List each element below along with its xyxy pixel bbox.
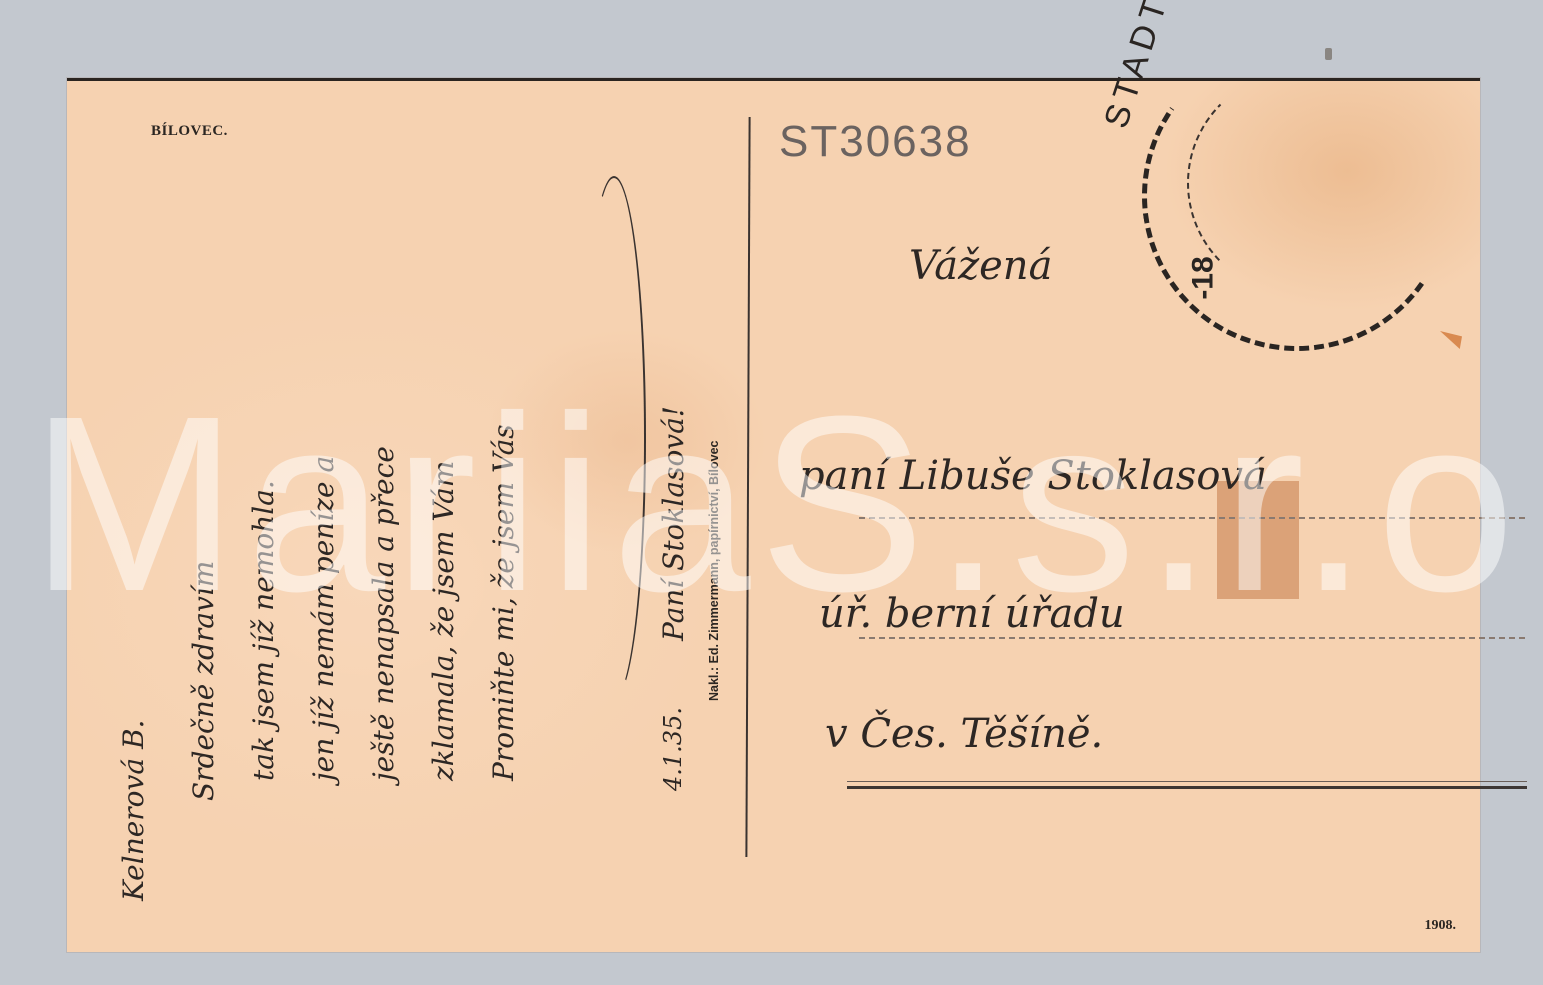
postmark-date: -18 <box>1187 256 1221 299</box>
message-signature: Kelnerová B. <box>117 720 150 901</box>
printed-year: 1908. <box>1425 918 1457 934</box>
address-line-3: v Čes. Těšíně. <box>825 711 1103 757</box>
address-dotted-line-2 <box>859 637 1525 639</box>
message-date: 4.1.35. <box>659 707 687 791</box>
publisher-imprint: Nakl.: Ed. Zimmermann, papírnictví, Bílo… <box>707 441 721 702</box>
pin-fragment <box>1325 48 1332 60</box>
message-line-1: Promiňte mi, že jsem Vás <box>487 424 520 781</box>
address-salutation: Vážená <box>909 243 1052 289</box>
message-line-2: zklamala, že jsem Vám <box>427 461 460 781</box>
address-line-2: úř. berní úřadu <box>819 591 1125 637</box>
pencil-inventory-code: ST30638 <box>779 117 972 167</box>
paper-stain <box>1440 331 1462 349</box>
handwriting-flourish <box>582 176 646 700</box>
postcard: BÍLOVEC. Nakl.: Ed. Zimmermann, papírnic… <box>67 78 1480 952</box>
message-closing: Srdečně zdravím <box>187 561 220 801</box>
address-dotted-line-1 <box>859 517 1525 519</box>
address-underline-thick <box>847 786 1527 789</box>
message-line-5: tak jsem jíž nemohla. <box>247 480 280 781</box>
address-underline-thin <box>847 781 1527 782</box>
center-divider-line <box>745 117 750 857</box>
printed-town-title: BÍLOVEC. <box>151 123 228 140</box>
address-line-1: paní Libuše Stoklasová <box>799 453 1267 499</box>
message-line-3: ještě nenapsala a přece <box>367 446 400 781</box>
message-greeting: Paní Stoklasová! <box>657 406 690 641</box>
message-line-4: jen jíž nemám peníze a <box>307 456 340 781</box>
